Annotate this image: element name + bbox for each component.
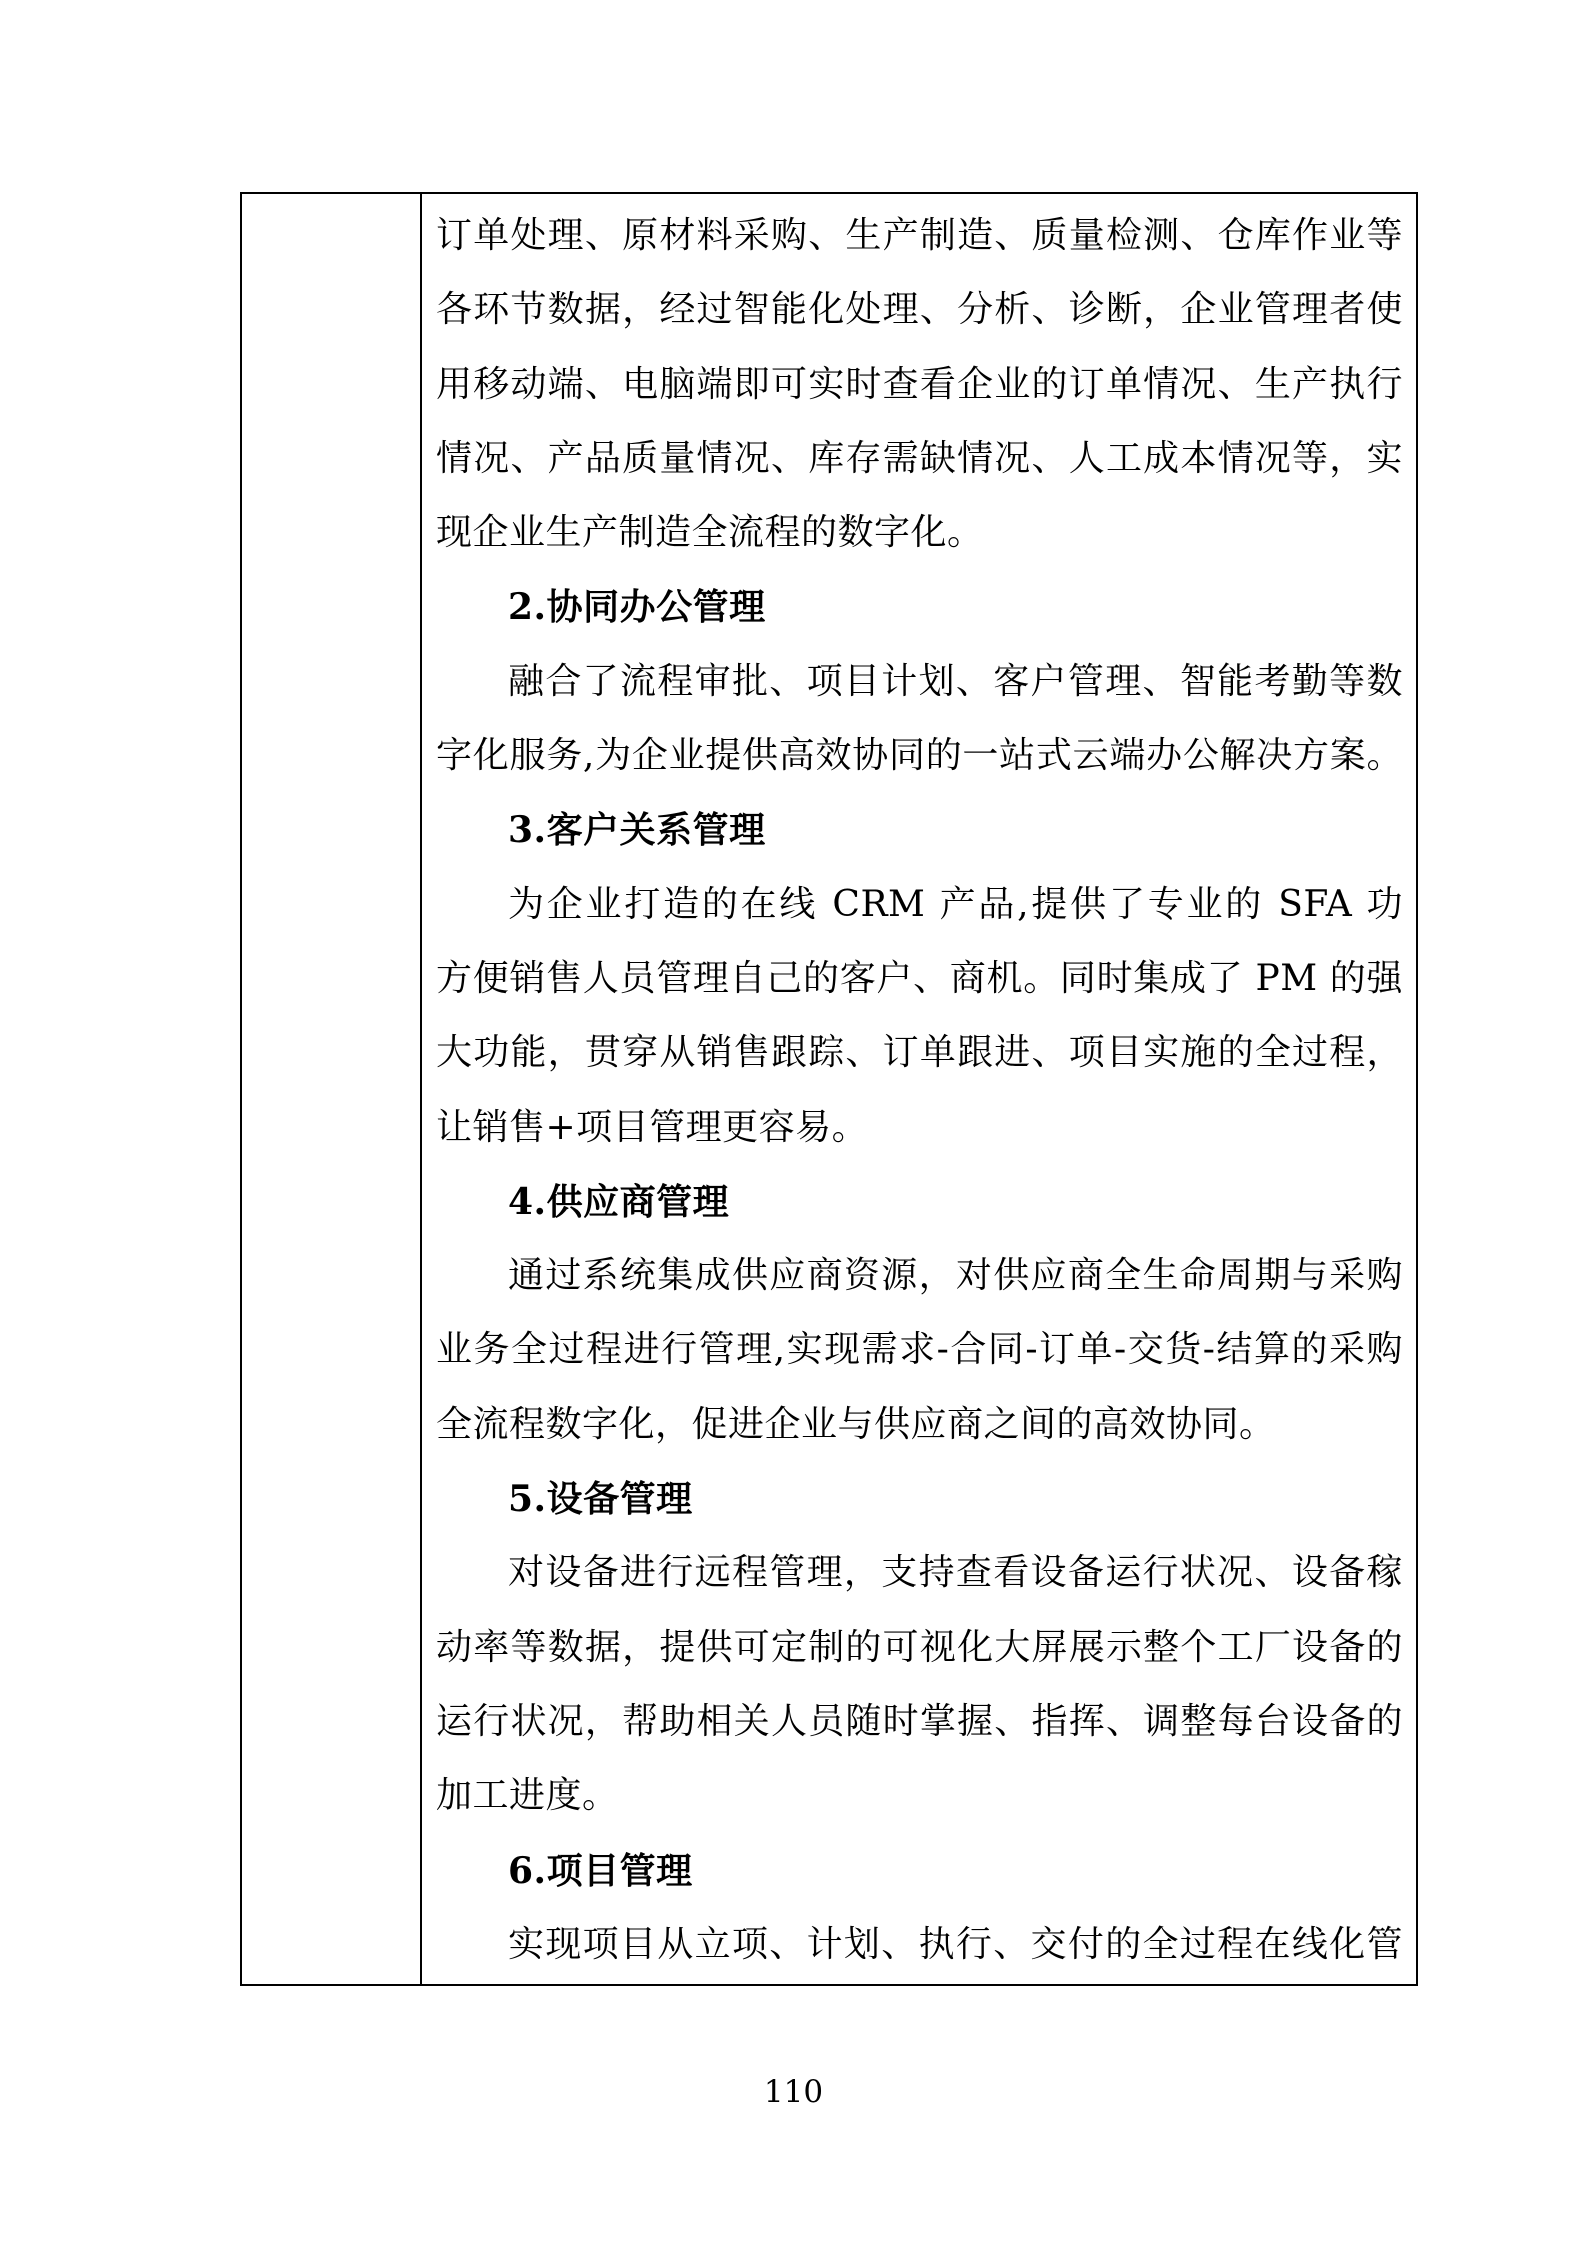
section-heading-line: 2.协同办公管理 (436, 570, 1403, 644)
text-line: 方便销售人员管理自己的客户、商机。同时集成了 PM 的强 (436, 942, 1403, 1016)
text-line: 订单处理、原材料采购、生产制造、质量检测、仓库作业等 (436, 199, 1403, 273)
text-line: 全流程数字化，促进企业与供应商之间的高效协同。 (436, 1388, 1403, 1462)
text-line: 实现项目从立项、计划、执行、交付的全过程在线化管 (436, 1908, 1403, 1982)
text-line: 现企业生产制造全流程的数字化。 (436, 496, 1403, 570)
text-line: 动率等数据，提供可定制的可视化大屏展示整个工厂设备的 (436, 1611, 1403, 1685)
table-empty-cell (242, 194, 422, 1984)
section-heading-line: 3.客户关系管理 (436, 793, 1403, 867)
text-line: 为企业打造的在线 CRM 产品,提供了专业的 SFA 功能， (436, 868, 1403, 942)
text-line: 字化服务,为企业提供高效协同的一站式云端办公解决方案。 (436, 719, 1403, 793)
page-number: 110 (0, 2072, 1587, 2112)
section-heading-line: 4.供应商管理 (436, 1165, 1403, 1239)
section-heading-line: 5.设备管理 (436, 1462, 1403, 1536)
text-line: 情况、产品质量情况、库存需缺情况、人工成本情况等，实 (436, 422, 1403, 496)
table-text-cell: 订单处理、原材料采购、生产制造、质量检测、仓库作业等各环节数据，经过智能化处理、… (422, 194, 1416, 1984)
content-table: 订单处理、原材料采购、生产制造、质量检测、仓库作业等各环节数据，经过智能化处理、… (240, 192, 1418, 1986)
text-line: 通过系统集成供应商资源，对供应商全生命周期与采购 (436, 1239, 1403, 1313)
text-line: 运行状况，帮助相关人员随时掌握、指挥、调整每台设备的 (436, 1685, 1403, 1759)
text-line: 大功能，贯穿从销售跟踪、订单跟进、项目实施的全过程， (436, 1016, 1403, 1090)
text-line: 加工进度。 (436, 1759, 1403, 1833)
document-page: 订单处理、原材料采购、生产制造、质量检测、仓库作业等各环节数据，经过智能化处理、… (0, 0, 1587, 2245)
text-line: 用移动端、电脑端即可实时查看企业的订单情况、生产执行 (436, 348, 1403, 422)
text-line: 对设备进行远程管理，支持查看设备运行状况、设备稼 (436, 1536, 1403, 1610)
text-line: 各环节数据，经过智能化处理、分析、诊断，企业管理者使 (436, 273, 1403, 347)
text-line: 让销售+项目管理更容易。 (436, 1091, 1403, 1165)
text-line: 业务全过程进行管理,实现需求-合同-订单-交货-结算的采购 (436, 1313, 1403, 1387)
text-line: 融合了流程审批、项目计划、客户管理、智能考勤等数 (436, 645, 1403, 719)
section-heading-line: 6.项目管理 (436, 1834, 1403, 1908)
